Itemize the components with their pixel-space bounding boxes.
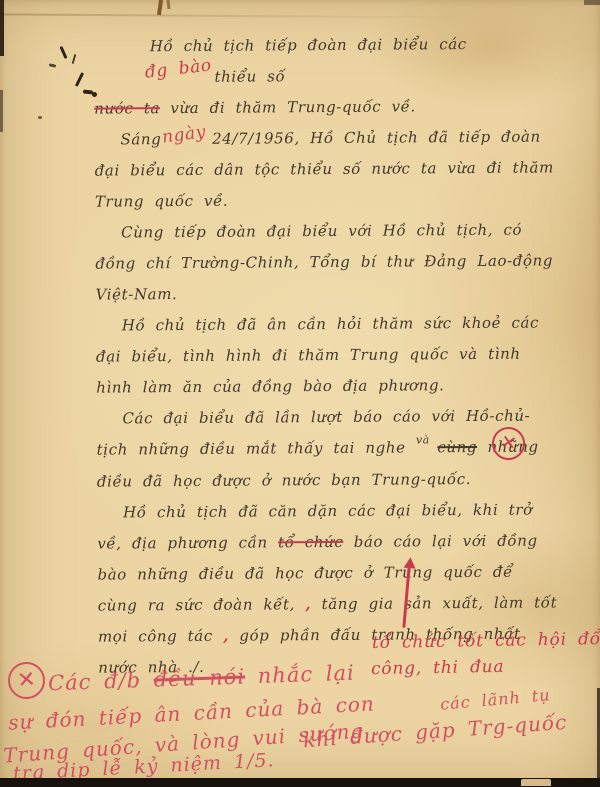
scan-edge-bottom (0, 778, 600, 787)
title-text-3: vừa đi thăm Trung-quốc về. (170, 97, 416, 117)
struck-words-nuoc-ta: nước ta (94, 99, 160, 117)
paragraph-greeting: Hồ chủ tịch đã ân cần hỏi thăm sức khoẻ … (96, 307, 559, 403)
ink-streak (157, 0, 163, 15)
ink-streak (167, 0, 171, 9)
paragraph-date: Sáng ngày 24/7/1956, Hồ Chủ tịch đã tiếp… (94, 121, 557, 217)
manuscript-body: Hồ chủ tịch tiếp đoàn đại biểu các đg bà… (94, 28, 561, 683)
footer-insertion-lanh-tu: các lãnh tụ (439, 685, 551, 714)
struck-words-to-chuc: tổ chức (278, 533, 343, 551)
scan-edge-left (0, 0, 4, 56)
footer-lead: Các đ/b (48, 668, 142, 695)
paragraph-delegation: Cùng tiếp đoàn đại biểu với Hồ chủ tịch,… (95, 214, 558, 310)
footer-note-line-1: Các đ/b đều nói nhắc lại (48, 661, 355, 696)
ink-smudge (59, 46, 67, 59)
manuscript-page: Hồ chủ tịch tiếp đoàn đại biểu các đg bà… (0, 0, 600, 787)
paragraph-report: Các đại biểu đã lần lượt báo cáo với Hồ-… (96, 400, 559, 497)
red-margin-note-line-1: tổ chức tốt các hội đổi (372, 629, 600, 653)
red-insertion-dong-bao: đg bào (88, 50, 214, 95)
red-margin-note-line-2: công, thi đua (371, 657, 505, 679)
x-glyph: ✕ (16, 669, 37, 693)
inserted-word-va: và (416, 433, 430, 446)
red-comma-mark: , (305, 595, 311, 613)
ink-smudge (75, 72, 84, 87)
paper-crease (0, 13, 470, 18)
title-text-2: thiểu số (214, 67, 285, 85)
circled-x-icon: ✕ (6, 660, 47, 701)
scan-edge-left (0, 90, 3, 132)
ink-smudge (72, 54, 77, 64)
torn-paper-chip (521, 779, 551, 786)
struck-word: cùng (437, 438, 477, 456)
ink-smudge (49, 63, 56, 67)
footer-struck-words: đều nói (153, 664, 245, 691)
scan-edge-top-right (584, 0, 600, 5)
red-comma-mark: , (223, 627, 229, 645)
x-glyph: ✕ (499, 433, 518, 454)
footer-text-1b: nhắc lại (257, 661, 355, 688)
ink-smudge (38, 116, 42, 119)
paragraph-instruction: Hồ chủ tịch đã căn dặn các đại biểu, khi… (97, 494, 560, 683)
title-paragraph: Hồ chủ tịch tiếp đoàn đại biểu các đg bà… (94, 28, 557, 124)
